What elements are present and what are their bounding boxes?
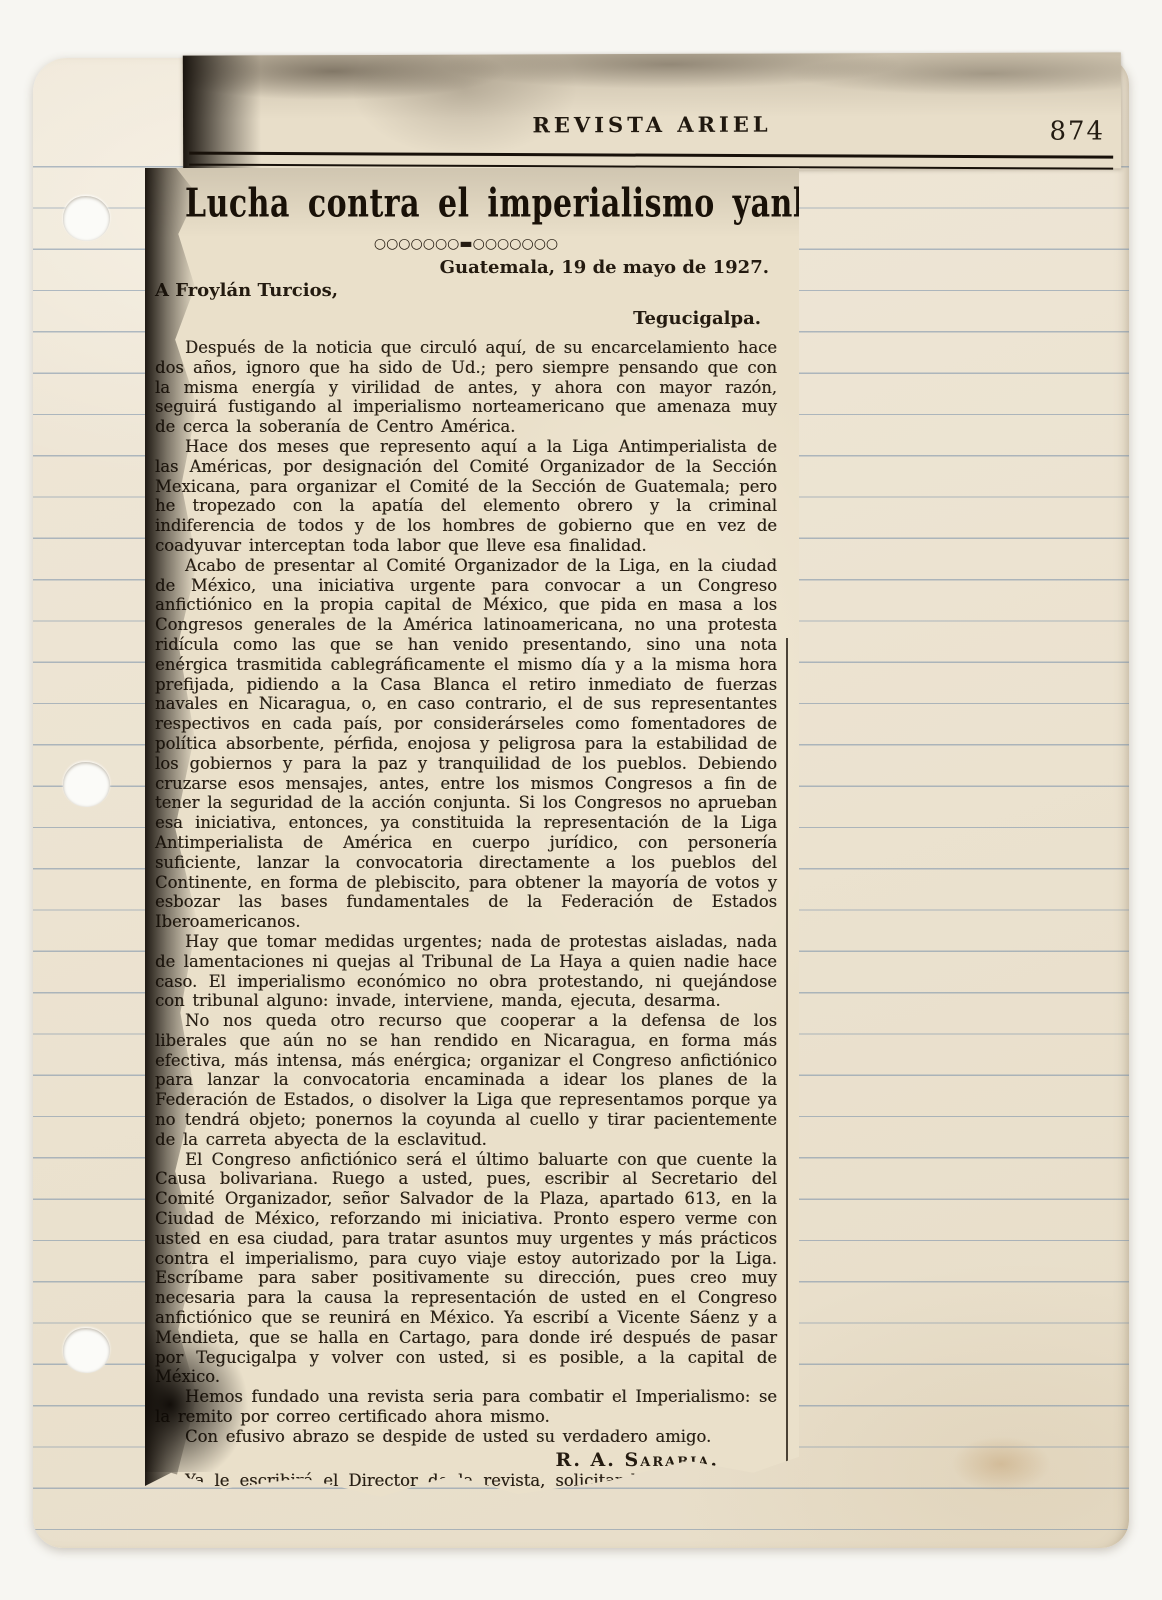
page-number: 874	[1049, 116, 1105, 146]
column-rule	[786, 638, 788, 1483]
body-paragraph: Hace dos meses que represento aquí a la …	[155, 437, 777, 556]
newspaper-clipping: Lucha contra el imperialismo yankee ○○○○…	[145, 168, 799, 1498]
body-paragraph: Hay que tomar medidas urgentes; nada de …	[155, 932, 777, 1011]
punch-hole	[63, 762, 110, 807]
body-paragraph: Después de la noticia que circuló aquí, …	[155, 338, 777, 437]
paper-stain	[951, 1436, 1051, 1492]
dateline: Guatemala, 19 de mayo de 1927.	[155, 257, 777, 278]
recipient: A Froylán Turcios,	[155, 280, 777, 301]
notebook-page: REVISTA ARIEL 874 Lucha contra el imperi…	[33, 58, 1129, 1548]
publication-title: REVISTA ARIEL	[183, 110, 1121, 138]
clipping-header-strip: REVISTA ARIEL 874	[183, 52, 1121, 171]
body-paragraph: El Congreso anfictiónico será el último …	[155, 1150, 777, 1388]
scanned-document: REVISTA ARIEL 874 Lucha contra el imperi…	[0, 0, 1162, 1600]
body-paragraph: Acabo de presentar al Comité Organizador…	[155, 556, 777, 932]
body-paragraph: Hemos fundado una revista seria para com…	[155, 1387, 777, 1427]
recipient-city: Tegucigalpa.	[155, 308, 777, 329]
body-paragraph: Con efusivo abrazo se despide de usted s…	[155, 1427, 777, 1447]
punch-hole	[63, 1328, 110, 1373]
body-paragraph: No nos queda otro recurso que cooperar a…	[155, 1011, 777, 1150]
punch-hole	[63, 196, 110, 241]
double-rule	[189, 152, 1113, 170]
headline: Lucha contra el imperialismo yankee	[185, 182, 777, 240]
